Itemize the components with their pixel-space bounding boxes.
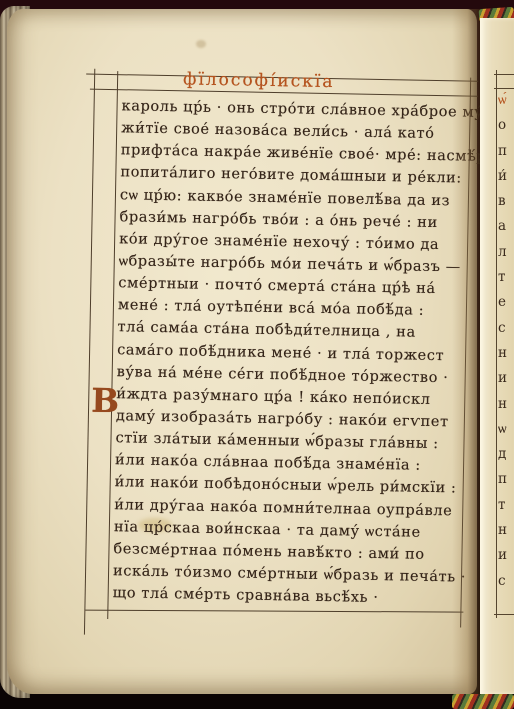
- facing-left-rule: [496, 70, 497, 618]
- gutter-shadow: [452, 9, 480, 694]
- facing-line-fragment: п: [498, 139, 514, 164]
- dropcap-initial: В: [91, 381, 118, 421]
- facing-line-fragment: д: [498, 442, 514, 467]
- page-content: фїлософі́искїа В кароль цр́ь · онь стро́…: [0, 0, 514, 709]
- facing-line-fragment: и: [498, 543, 514, 568]
- frame-left-rule-outer: [84, 69, 95, 635]
- facing-line-fragment: в: [498, 189, 514, 214]
- facing-page-fragments: ѡ́опи́валтеснинѡдптнис: [498, 88, 514, 594]
- facing-line-fragment: и: [498, 366, 514, 391]
- facing-line-fragment: с: [498, 316, 514, 341]
- manuscript-text: кароль цр́ь · онь стро́ти сла́вное хра́б…: [112, 95, 473, 611]
- facing-line-fragment: л: [498, 240, 514, 265]
- facing-top-rule: [494, 74, 514, 75]
- facing-line-fragment: н: [498, 518, 514, 543]
- manuscript-title: фїлософі́искїа: [183, 69, 363, 92]
- facing-line-fragment: о: [498, 113, 514, 138]
- frame-bottom-rule: [85, 610, 463, 613]
- facing-line-fragment: ѡ: [498, 417, 514, 442]
- facing-line-fragment: т: [498, 493, 514, 518]
- endband-bottom: [452, 694, 514, 709]
- facing-line-fragment: е: [498, 290, 514, 315]
- facing-line-fragment: а: [498, 214, 514, 239]
- facing-line-fragment: н: [498, 392, 514, 417]
- facing-line-fragment: п: [498, 467, 514, 492]
- facing-line-fragment: т: [498, 265, 514, 290]
- facing-line-fragment: с: [498, 569, 514, 594]
- facing-line-fragment: ѡ́: [498, 88, 514, 113]
- manuscript-photo: фїлософі́искїа В кароль цр́ь · онь стро́…: [0, 0, 514, 709]
- facing-line-fragment: н: [498, 341, 514, 366]
- facing-line-fragment: и́: [498, 164, 514, 189]
- facing-bottom-rule: [494, 614, 514, 615]
